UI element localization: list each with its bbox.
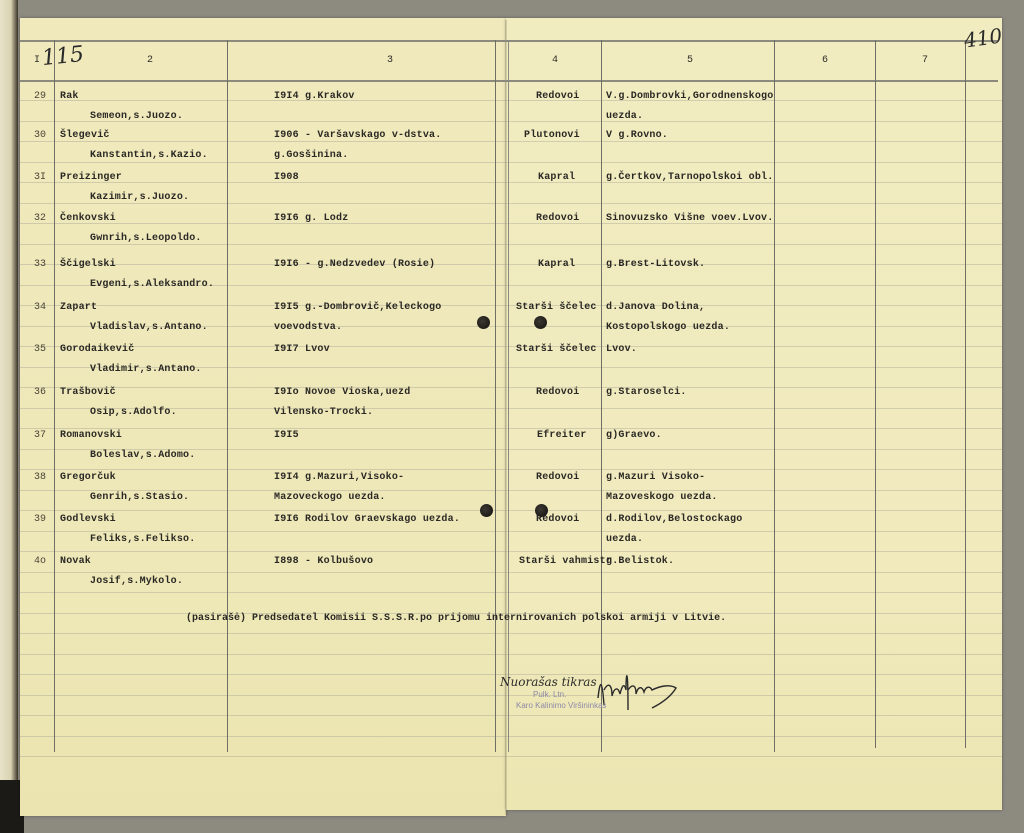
ruled-line: [20, 141, 1002, 142]
column-header-6: 6: [805, 55, 845, 66]
column-header-4: 4: [535, 55, 575, 66]
punch-hole: [480, 504, 493, 517]
given-name-patronymic: Vladimir,s.Antano.: [90, 364, 202, 375]
given-name-patronymic: Josif,s.Mykolo.: [90, 576, 183, 587]
home-address: Sinovuzsko Višne voev.Lvov.: [606, 213, 773, 224]
handwritten-page-mark-left: 115: [41, 42, 85, 71]
military-rank: Redovoi: [536, 213, 579, 224]
column-header-7: 7: [905, 55, 945, 66]
ruled-line: [20, 715, 1002, 716]
birth-year-place: I9Io Novoe Vioska,uezd: [274, 387, 410, 398]
ruled-line: [20, 223, 1002, 224]
birth-year-place: I898 - Kolbušovo: [274, 556, 373, 567]
ruled-line: [20, 592, 1002, 593]
surname: Ščigelski: [60, 259, 116, 270]
birth-year-place: I9I4 g.Mazuri,Visoko-: [274, 472, 404, 483]
ruled-line: [20, 572, 1002, 573]
punch-hole: [535, 504, 548, 517]
ruled-line: [20, 469, 1002, 470]
certification-note: (pasirašė) Predsedatel Komisii S.S.S.R.p…: [186, 613, 726, 624]
birth-place-continued: Vilensko-Trocki.: [274, 407, 373, 418]
header-top-border: [20, 40, 998, 42]
home-address: g.Mazuri Visoko-: [606, 472, 705, 483]
stamp-line-2: Karo Kalinimo Viršininkas: [516, 701, 607, 710]
row-number: 39: [34, 514, 46, 525]
surname: Romanovski: [60, 430, 122, 441]
column-divider-6: [875, 40, 876, 748]
military-rank: Starši ščelec: [516, 344, 597, 355]
ruled-line: [20, 654, 1002, 655]
given-name-patronymic: Vladislav,s.Antano.: [90, 322, 208, 333]
birth-place-continued: g.Gosšinina.: [274, 150, 348, 161]
surname: Šlegevič: [60, 130, 110, 141]
given-name-patronymic: Kanstantin,s.Kazio.: [90, 150, 208, 161]
column-divider-1: [54, 40, 55, 752]
right-page: [506, 18, 1002, 810]
given-name-patronymic: Boleslav,s.Adomo.: [90, 450, 195, 461]
birth-year-place: I906 - Varšavskago v-dstva.: [274, 130, 441, 141]
home-address: g.Belistok.: [606, 556, 674, 567]
surname: Zapart: [60, 302, 97, 313]
military-rank: Starši ščelec: [516, 302, 597, 313]
birth-year-place: I9I6 g. Lodz: [274, 213, 348, 224]
ruled-line: [20, 305, 1002, 306]
ruled-line: [20, 203, 1002, 204]
home-address: d.Janova Dolina,: [606, 302, 705, 313]
punch-hole: [534, 316, 547, 329]
military-rank: Redovoi: [536, 91, 579, 102]
birth-year-place: I9I6 Rodilov Graevskago uezda.: [274, 514, 460, 525]
row-number: 36: [34, 387, 46, 398]
given-name-patronymic: Feliks,s.Felikso.: [90, 534, 195, 545]
ruled-line: [20, 100, 1002, 101]
surname: Godlevski: [60, 514, 116, 525]
military-rank: Starši vahmistr: [519, 556, 612, 567]
ruled-line: [20, 490, 1002, 491]
military-rank: Redovoi: [536, 472, 579, 483]
surname: Gregorčuk: [60, 472, 116, 483]
row-number: 4o: [34, 556, 46, 567]
surname: Gorodaikevič: [60, 344, 134, 355]
ruled-line: [20, 387, 1002, 388]
book-binding-edge: [0, 0, 18, 833]
ruled-line: [20, 264, 1002, 265]
birth-year-place: I9I7 Lvov: [274, 344, 330, 355]
row-number: 35: [34, 344, 46, 355]
column-divider-2: [227, 40, 228, 752]
ruled-line: [20, 736, 1002, 737]
row-number: 32: [34, 213, 46, 224]
given-name-patronymic: Osip,s.Adolfo.: [90, 407, 177, 418]
home-address-continued: uezda.: [606, 111, 643, 122]
column-divider-7: [965, 40, 966, 748]
home-address-continued: uezda.: [606, 534, 643, 545]
ruled-line: [20, 756, 1002, 757]
punch-hole: [477, 316, 490, 329]
birth-place-continued: voevodstva.: [274, 322, 342, 333]
home-address: g)Graevo.: [606, 430, 662, 441]
row-number: 38: [34, 472, 46, 483]
surname: Novak: [60, 556, 91, 567]
signature-icon: [590, 660, 685, 720]
column-divider-3: [495, 40, 496, 752]
birth-year-place: I9I6 - g.Nedzvedev (Rosie): [274, 259, 435, 270]
surname: Rak: [60, 91, 79, 102]
header-bottom-border: [20, 80, 998, 82]
military-rank: Plutonovi: [524, 130, 580, 141]
ruled-line: [20, 510, 1002, 511]
military-rank: Redovoi: [536, 387, 579, 398]
ruled-line: [20, 695, 1002, 696]
ruled-line: [20, 428, 1002, 429]
stamp-line-1: Pulk. Ltn.: [533, 690, 566, 699]
column-header-5: 5: [670, 55, 710, 66]
row-number: 33: [34, 259, 46, 270]
surname: Preizinger: [60, 172, 122, 183]
home-address-continued: Kostopolskogo uezda.: [606, 322, 730, 333]
column-divider-3b: [508, 40, 509, 752]
birth-year-place: I9I5: [274, 430, 299, 441]
row-number: 3I: [34, 172, 46, 183]
given-name-patronymic: Genrih,s.Stasio.: [90, 492, 189, 503]
ruled-line: [20, 182, 1002, 183]
military-rank: Kapral: [538, 172, 575, 183]
home-address: g.Staroselci.: [606, 387, 687, 398]
column-header-2: 2: [130, 55, 170, 66]
birth-year-place: I908: [274, 172, 299, 183]
given-name-patronymic: Kazimir,s.Juozo.: [90, 192, 189, 203]
home-address: g.Čertkov,Tarnopolskoi obl.: [606, 172, 773, 183]
home-address: V.g.Dombrovki,Gorodnenskogo: [606, 91, 773, 102]
home-address: g.Brest-Litovsk.: [606, 259, 705, 270]
row-number: 29: [34, 91, 46, 102]
home-address: Lvov.: [606, 344, 637, 355]
ruled-line: [20, 531, 1002, 532]
handwritten-true-copy-note: Nuorašas tikras: [500, 675, 597, 689]
ruled-line: [20, 244, 1002, 245]
ruled-line: [20, 633, 1002, 634]
home-address-continued: Mazoveskogo uezda.: [606, 492, 718, 503]
home-address: V g.Rovno.: [606, 130, 668, 141]
military-rank: Efreiter: [537, 430, 587, 441]
column-divider-4: [601, 40, 602, 752]
birth-year-place: I9I5 g.-Dombrovič,Keleckogo: [274, 302, 441, 313]
given-name-patronymic: Semeon,s.Juozo.: [90, 111, 183, 122]
home-address: d.Rodilov,Belostockago: [606, 514, 742, 525]
surname: Trašbovič: [60, 387, 116, 398]
row-number: 34: [34, 302, 46, 313]
birth-place-continued: Mazoveckogo uezda.: [274, 492, 386, 503]
military-rank: Kapral: [538, 259, 575, 270]
given-name-patronymic: Evgeni,s.Aleksandro.: [90, 279, 214, 290]
row-number: 30: [34, 130, 46, 141]
column-header-3: 3: [370, 55, 410, 66]
birth-year-place: I9I4 g.Krakov: [274, 91, 355, 102]
column-divider-5: [774, 40, 775, 752]
ruled-line: [20, 551, 1002, 552]
given-name-patronymic: Gwnrih,s.Leopoldo.: [90, 233, 202, 244]
surname: Čenkovski: [60, 213, 116, 224]
row-number: 37: [34, 430, 46, 441]
ruled-line: [20, 162, 1002, 163]
ruled-line: [20, 346, 1002, 347]
